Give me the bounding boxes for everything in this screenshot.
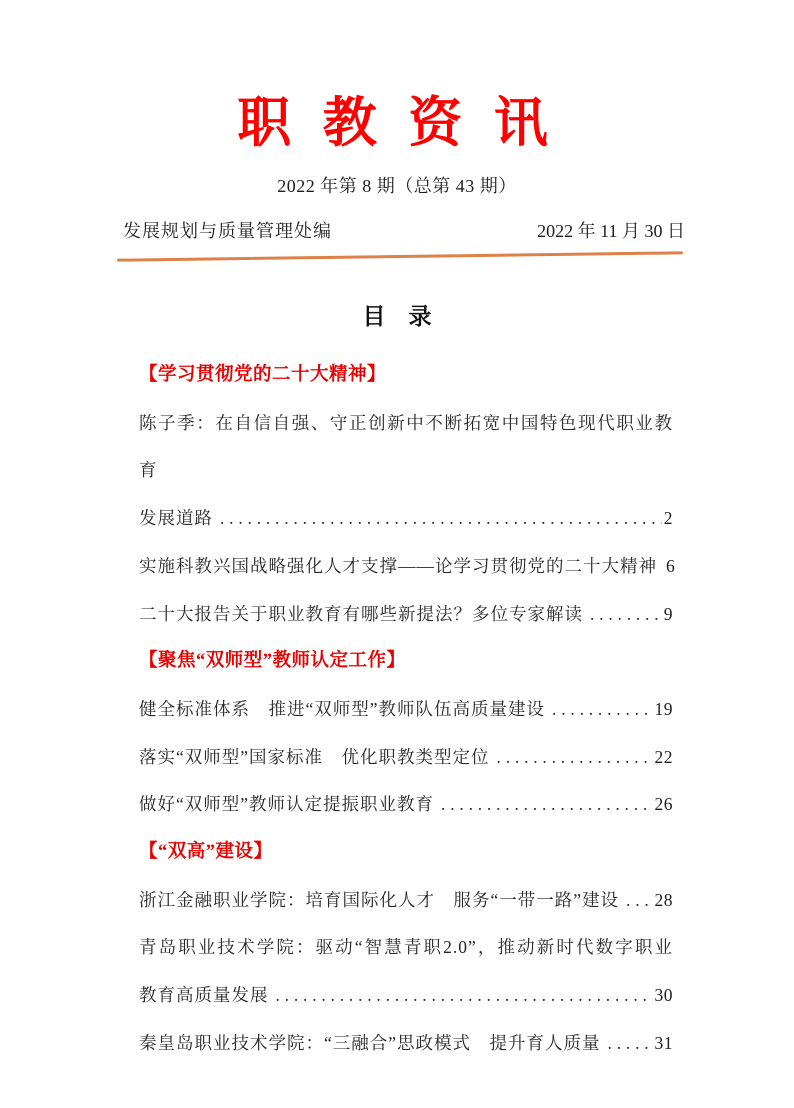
issue-date: 2022 年 11 月 30 日 (537, 216, 685, 246)
toc-section-heading: 【学习贯彻党的二十大精神】 (139, 352, 673, 400)
toc-entry-text: 发展道路 (139, 495, 213, 543)
page-number: 22 (655, 734, 674, 782)
toc-entry: 落实“双师型”国家标准 优化职教类型定位 ...................… (139, 734, 673, 782)
toc-entry-text: 秦皇岛职业技术学院：“三融合”思政模式 提升育人质量 (139, 1020, 601, 1068)
masthead-title: 职 教 资 讯 (0, 86, 794, 160)
toc-entry-text: 落实“双师型”国家标准 优化职教类型定位 (139, 734, 490, 782)
page-number: 6 (666, 543, 675, 591)
toc-entry-text: 浙江金融职业学院：培育国际化人才 服务“一带一路”建设 (139, 877, 619, 925)
dot-leader: ........................................… (276, 972, 653, 1020)
toc-entry: 秦皇岛职业技术学院：“三融合”思政模式 提升育人质量 .............… (139, 1020, 673, 1068)
toc-list: 【学习贯彻党的二十大精神】 陈子季：在自信自强、守正创新中不断拓宽中国特色现代职… (139, 352, 673, 1068)
toc-entry-text: 二十大报告关于职业教育有哪些新提法？多位专家解读 (139, 591, 583, 639)
dot-leader: ........................................… (441, 781, 652, 829)
page-number: 30 (655, 972, 674, 1020)
page-number: 9 (664, 591, 673, 639)
masthead-rule (117, 251, 683, 261)
editor-credit: 发展规划与质量管理处编 (123, 216, 332, 246)
toc-heading: 目 录 (0, 298, 794, 334)
toc-entry: 二十大报告关于职业教育有哪些新提法？多位专家解读 ...............… (139, 591, 673, 639)
page-number: 2 (664, 495, 673, 543)
dot-leader: ........................................… (220, 495, 662, 543)
toc-entry-text: 做好“双师型”教师认定提振职业教育 (139, 781, 434, 829)
info-row: 发展规划与质量管理处编 2022 年 11 月 30 日 (123, 216, 685, 246)
toc-entry: 做好“双师型”教师认定提振职业教育 ......................… (139, 781, 673, 829)
toc-entry: 陈子季：在自信自强、守正创新中不断拓宽中国特色现代职业教育 (139, 400, 673, 495)
dot-leader: ........................................… (590, 591, 662, 639)
issue-line: 2022 年第 8 期（总第 43 期） (0, 172, 794, 200)
page-number: 19 (655, 686, 674, 734)
toc-entry: 教育高质量发展 ................................… (139, 972, 673, 1020)
dot-leader: ........................................… (608, 1020, 653, 1068)
dot-leader: ........................................… (497, 734, 653, 782)
toc-section-heading: 【聚焦“双师型”教师认定工作】 (139, 638, 673, 686)
toc-entry: 实施科教兴国战略强化人才支撑——论学习贯彻党的二十大精神 6 (139, 543, 673, 591)
page-number: 26 (655, 781, 674, 829)
toc-entry-text: 健全标准体系 推进“双师型”教师队伍高质量建设 (139, 686, 545, 734)
toc-entry-text: 青岛职业技术学院：驱动“智慧青职2.0”，推动新时代数字职业 (139, 924, 673, 972)
toc-entry-text: 实施科教兴国战略强化人才支撑——论学习贯彻党的二十大精神 (139, 543, 657, 591)
toc-section-heading: 【“双高”建设】 (139, 829, 673, 877)
toc-entry-text: 陈子季：在自信自强、守正创新中不断拓宽中国特色现代职业教育 (139, 400, 673, 495)
toc-entry-text: 教育高质量发展 (139, 972, 269, 1020)
toc-entry: 发展道路 ...................................… (139, 495, 673, 543)
page-number: 28 (655, 877, 674, 925)
document-page: 职 教 资 讯 2022 年第 8 期（总第 43 期） 发展规划与质量管理处编… (0, 0, 794, 1108)
toc-entry: 浙江金融职业学院：培育国际化人才 服务“一带一路”建设 ............… (139, 877, 673, 925)
toc-entry: 健全标准体系 推进“双师型”教师队伍高质量建设 ................… (139, 686, 673, 734)
dot-leader: ........................................… (626, 877, 652, 925)
page-number: 31 (655, 1020, 674, 1068)
toc-entry: 青岛职业技术学院：驱动“智慧青职2.0”，推动新时代数字职业 (139, 924, 673, 972)
dot-leader: ........................................… (552, 686, 652, 734)
